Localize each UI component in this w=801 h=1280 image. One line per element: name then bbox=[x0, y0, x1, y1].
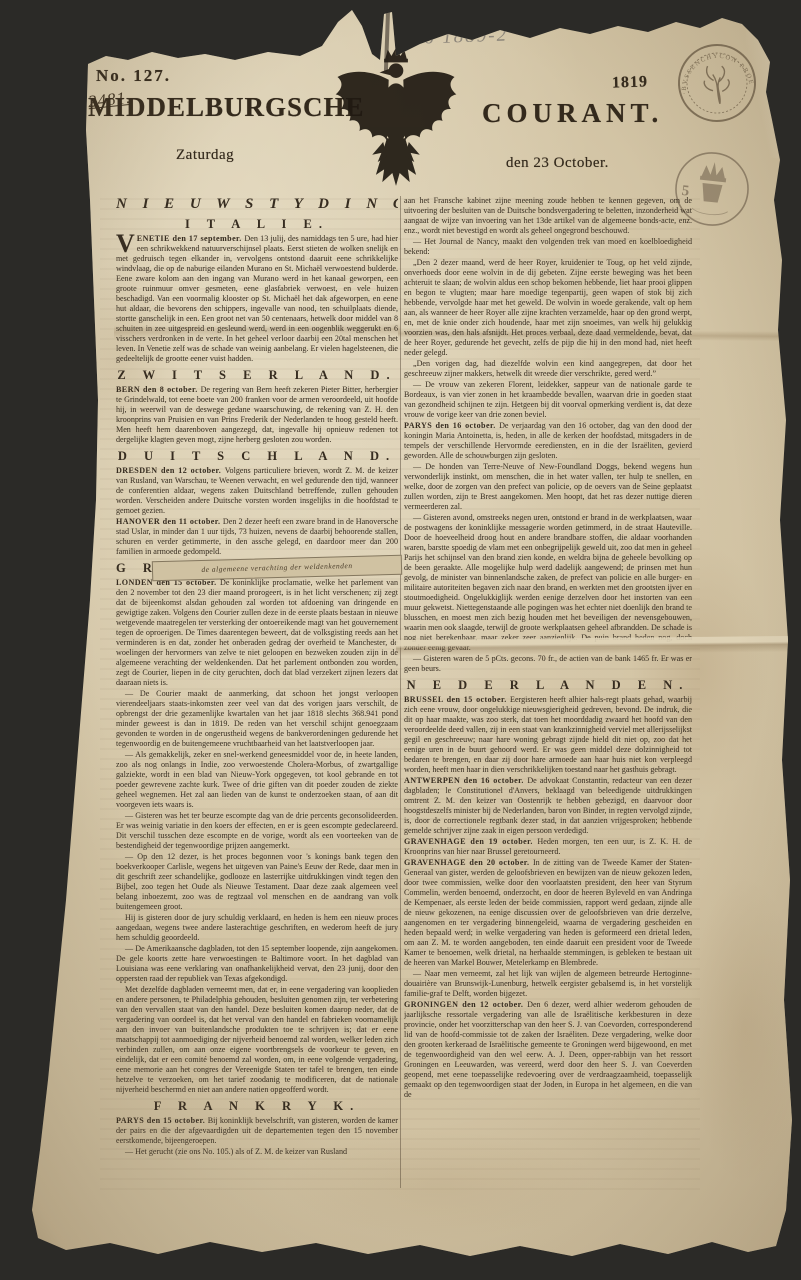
article-paragraph: — De vrouw van zekeren Florent, leidekke… bbox=[404, 380, 692, 420]
article-paragraph: — Als gemakkelijk, zeker en snel-werkend… bbox=[116, 750, 398, 810]
article-paragraph: aan het Fransche kabinet zijne meening z… bbox=[404, 196, 692, 236]
article-paragraph: — Naar men verneemt, zal het lijk van wi… bbox=[404, 969, 692, 999]
article-paragraph: — Het gerucht (zie ons No. 105.) als of … bbox=[116, 1147, 398, 1157]
article-paragraph: „Den vorigen dag, had diezelfde wolvin e… bbox=[404, 359, 692, 379]
news-column-left: N I E U W S T Y D I N G E N.I T A L I E.… bbox=[116, 196, 398, 1190]
issue-number: No. 127. bbox=[96, 66, 171, 86]
stamp-legend: ·BVSSENCHYCON·PROEF· bbox=[668, 34, 754, 96]
svg-text:·BVSSENCHYCON·PROEF·: ·BVSSENCHYCON·PROEF· bbox=[668, 34, 754, 96]
news-column-right: aan het Fransche kabinet zijne meening z… bbox=[404, 196, 692, 1190]
article-paragraph: — Het Journal de Nancy, maakt den volgen… bbox=[404, 237, 692, 257]
masthead-year: 1819 bbox=[612, 73, 649, 92]
column-divider-rule bbox=[400, 196, 401, 1188]
article-paragraph: — De Courier maakt de aanmerking, dat sc… bbox=[116, 689, 398, 749]
dateline: DRESDEN den 12 october. bbox=[116, 466, 225, 475]
article-paragraph: BERN den 8 october. De regering van Bern… bbox=[116, 385, 398, 445]
dateline: HANOVER den 11 october. bbox=[116, 517, 223, 526]
article-paragraph: — Gisteren waren de 5 pCts. gecons. 70 f… bbox=[404, 654, 692, 674]
article-paragraph: GRAVENHAGE den 20 october. In de zitting… bbox=[404, 858, 692, 968]
article-paragraph: VENETIE den 17 september. Den 13 julij, … bbox=[116, 234, 398, 364]
scan-backdrop: { "document_type": "historical newspaper… bbox=[0, 0, 801, 1280]
eagle-emblem-icon bbox=[332, 42, 460, 198]
age-stain bbox=[690, 880, 800, 1180]
dateline: GRONINGEN den 12 october. bbox=[404, 1000, 527, 1009]
news-section-title: N I E U W S T Y D I N G E N. bbox=[116, 196, 398, 213]
article-paragraph: Hij is gisteren door de jury schuldig ve… bbox=[116, 913, 398, 943]
dateline: ENETIE den 17 september. bbox=[137, 234, 245, 243]
drop-cap: V bbox=[116, 234, 135, 253]
article-paragraph: „Den 2 dezer maand, werd de heer Royer, … bbox=[404, 258, 692, 358]
horizontal-tear bbox=[396, 636, 792, 656]
masthead-day: Zaturdag bbox=[176, 147, 234, 164]
article-paragraph: GRONINGEN den 12 october. Den 6 dezer, w… bbox=[404, 1000, 692, 1100]
article-paragraph: — De honden van Terre-Neuve of New-Found… bbox=[404, 462, 692, 512]
article-paragraph: LONDEN den 15 october. De koninklijke pr… bbox=[116, 578, 398, 688]
dateline: BERN den 8 october. bbox=[116, 385, 201, 394]
article-paragraph: — Gisteren avond, omstreeks negen uren, … bbox=[404, 513, 692, 653]
masthead-date: den 23 October. bbox=[506, 155, 609, 172]
article-paragraph: BRUSSEL den 15 october. Eergisteren heef… bbox=[404, 695, 692, 775]
dateline: ANTWERPEN den 16 october. bbox=[404, 776, 527, 785]
article-paragraph: — Gisteren was het ter beurze escompte d… bbox=[116, 811, 398, 851]
masthead-title-left: MIDDELBURGSCHE bbox=[88, 92, 365, 123]
country-section-header: I T A L I E. bbox=[116, 217, 398, 232]
newspaper-sheet: No. 127. 2481. 6 1889-2 1819 MIDDELBURGS… bbox=[0, 0, 801, 1280]
country-section-header: N E D E R L A N D E N. bbox=[404, 678, 692, 693]
article-paragraph: HANOVER den 11 october. Den 2 dezer heef… bbox=[116, 517, 398, 557]
article-paragraph: PARYS den 15 october. Bij koninklijk bev… bbox=[116, 1116, 398, 1146]
dateline: PARYS den 15 october. bbox=[116, 1116, 208, 1125]
article-paragraph: ANTWERPEN den 16 october. De advokaat Co… bbox=[404, 776, 692, 836]
article-paragraph: GRAVENHAGE den 19 october. Heden morgen,… bbox=[404, 837, 692, 857]
dateline: BRUSSEL den 15 october. bbox=[404, 695, 510, 704]
article-paragraph: PARYS den 16 october. De verjaardag van … bbox=[404, 421, 692, 461]
article-paragraph: — Op den 12 dezer, is het proces begonne… bbox=[116, 852, 398, 912]
country-section-header: F R A N K R Y K. bbox=[116, 1099, 398, 1114]
dateline: GRAVENHAGE den 19 october. bbox=[404, 837, 537, 846]
article-paragraph: — De Amerikaansche dagbladen, tot den 15… bbox=[116, 944, 398, 984]
masthead-title-right: COURANT. bbox=[482, 98, 663, 129]
article-paragraph: DRESDEN den 12 october. Volgens particul… bbox=[116, 466, 398, 516]
collection-stamp-top: ·BVSSENCHYCON·PROEF· bbox=[668, 34, 765, 131]
country-section-header: D U I T S C H L A N D. bbox=[116, 449, 398, 464]
dateline: GRAVENHAGE den 20 october. bbox=[404, 858, 533, 867]
article-paragraph: Met dezelfde dagbladen verneemt men, dat… bbox=[116, 985, 398, 1095]
country-section-header: Z W I T S E R L A N D. bbox=[116, 368, 398, 383]
dateline: PARYS den 16 october. bbox=[404, 421, 499, 430]
